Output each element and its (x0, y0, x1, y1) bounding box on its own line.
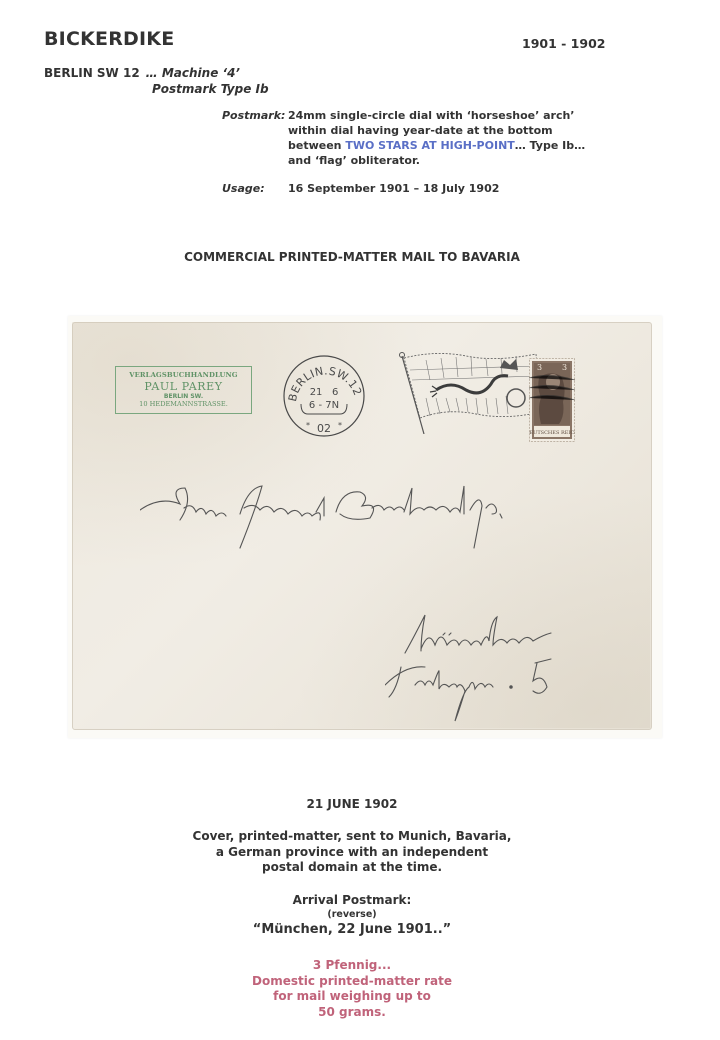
cover-description: Cover, printed-matter, sent to Munich, B… (0, 829, 704, 876)
postmark-time: 6 - 7N (309, 400, 339, 411)
description-line: postal domain at the time. (0, 860, 704, 876)
cover-date: 21 JUNE 1902 (0, 797, 704, 811)
description-block: Postmark: 24mm single-circle dial with ‘… (222, 108, 608, 196)
postmark-date: 21 6 (310, 387, 339, 398)
flag-obliterator-icon (396, 350, 546, 434)
year-range: 1901 - 1902 (522, 36, 605, 51)
section-heading: COMMERCIAL PRINTED-MATTER MAIL TO BAVARI… (0, 250, 704, 264)
postmark-dial: BERLIN.SW.12 21 6 6 - 7N 02 * * (282, 352, 366, 438)
stamp-inscription: DEUTSCHES REICH (529, 430, 575, 436)
rate-line: for mail weighing up to (0, 989, 704, 1005)
postmark-label: Postmark: (222, 108, 288, 168)
description-line: Cover, printed-matter, sent to Munich, B… (0, 829, 704, 845)
rate-line: Domestic printed-matter rate (0, 974, 704, 990)
handwritten-addressee (140, 478, 580, 558)
cachet-line-2: PAUL PAREY (116, 380, 251, 393)
star-icon: * (306, 421, 310, 430)
postage-rate-block: 3 Pfennig... Domestic printed-matter rat… (0, 958, 704, 1020)
usage-text: 16 September 1901 – 18 July 1902 (288, 181, 608, 196)
handwritten-city-address (385, 605, 605, 725)
arrival-label: Arrival Postmark: (0, 893, 704, 908)
description-line: a German province with an independent (0, 845, 704, 861)
cachet-line-3: BERLIN SW. (116, 393, 251, 400)
cachet-line-1: VERLAGSBUCHHANDLUNG (116, 371, 251, 379)
office-line: BERLIN SW 12… Machine ‘4’ (44, 66, 240, 80)
stamp-value-right: 3 (562, 363, 567, 372)
machine-label: … Machine ‘4’ (146, 66, 240, 80)
page-title: BICKERDIKE (44, 28, 174, 50)
usage-label: Usage: (222, 181, 288, 196)
postage-stamp: DEUTSCHES REICH 3 3 (529, 358, 575, 442)
arrival-postmark-block: Arrival Postmark: (reverse) “München, 22… (0, 893, 704, 937)
arrival-text: “München, 22 June 1901..” (0, 922, 704, 937)
arrival-note: (reverse) (0, 908, 704, 922)
postmark-year: 02 (317, 422, 331, 435)
star-icon: * (338, 421, 342, 430)
postmark-description: 24mm single-circle dial with ‘horseshoe’… (288, 108, 608, 168)
cachet-line-4: 10 HEDEMANNSTRASSE. (116, 400, 251, 408)
sender-cachet: VERLAGSBUCHHANDLUNG PAUL PAREY BERLIN SW… (115, 366, 252, 414)
postmark-type: Postmark Type Ib (152, 82, 269, 96)
postmark-highlight: TWO STARS AT HIGH-POINT (345, 139, 514, 152)
office-name: BERLIN SW 12 (44, 66, 140, 80)
stamp-value-left: 3 (537, 363, 542, 372)
rate-line: 3 Pfennig... (0, 958, 704, 974)
rate-line: 50 grams. (0, 1005, 704, 1021)
